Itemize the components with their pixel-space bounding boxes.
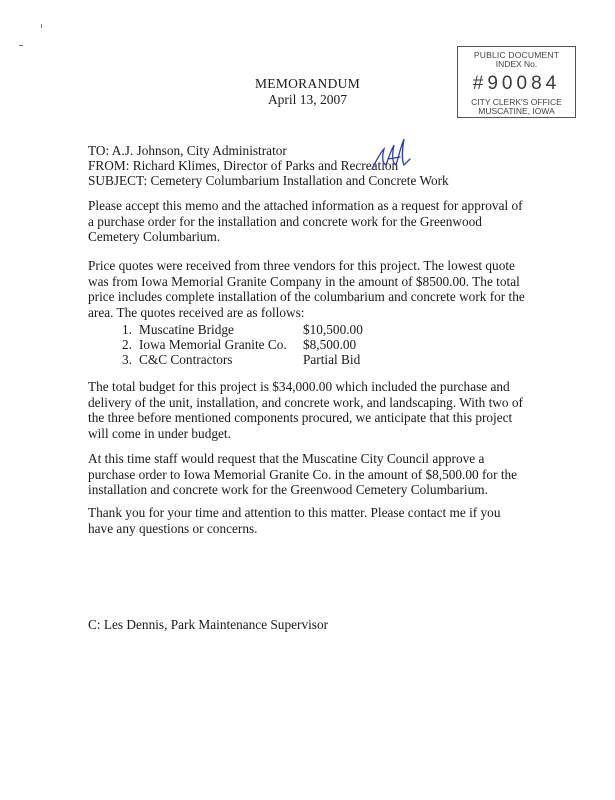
paragraph-thanks: Thank you for your time and attention to… [88,505,528,536]
quote-amount: $8,500.00 [303,337,356,353]
paragraph-budget: The total budget for this project is $34… [88,379,528,441]
paragraph-quotes: Price quotes were received from three ve… [88,258,528,320]
stamp-line-2: INDEX No. [458,60,575,69]
paragraph-approval: At this time staff would request that th… [88,451,528,498]
memo-subject: SUBJECT: Cemetery Columbarium Installati… [88,173,449,189]
signature [370,135,412,173]
quote-amount: Partial Bid [303,352,360,368]
memo-cc: C: Les Dennis, Park Maintenance Supervis… [88,617,328,633]
quote-index: 3. [122,352,132,368]
memo-date: April 13, 2007 [0,92,615,108]
quote-index: 1. [122,322,132,338]
quote-vendor: Muscatine Bridge [139,322,234,338]
memo-title: MEMORANDUM [0,76,615,92]
quote-amount: $10,500.00 [303,322,363,338]
paragraph-request: Please accept this memo and the attached… [88,198,528,245]
stamp-line-4: MUSCATINE, IOWA [458,107,575,116]
quote-vendor: C&C Contractors [139,352,232,368]
memo-from: FROM: Richard Klimes, Director of Parks … [88,158,398,174]
memo-to: TO: A.J. Johnson, City Administrator [88,143,287,159]
quote-vendor: Iowa Memorial Granite Co. [139,337,287,353]
quote-index: 2. [122,337,132,353]
